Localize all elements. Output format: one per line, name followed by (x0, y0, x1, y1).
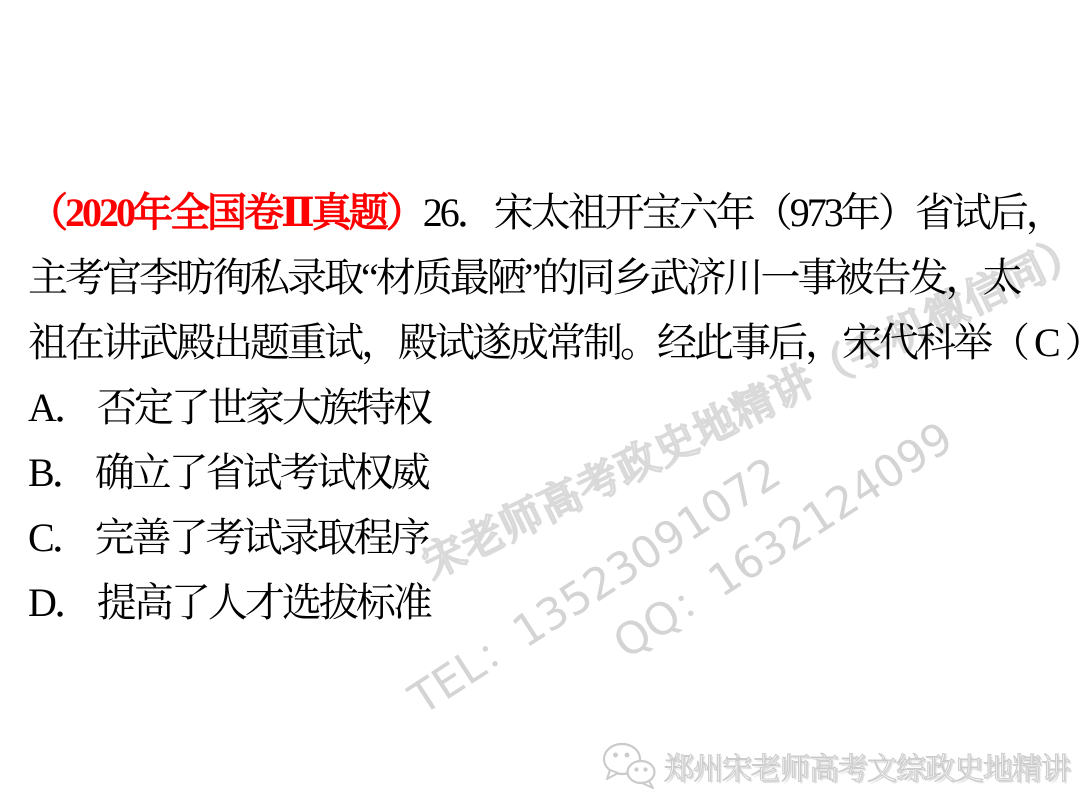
option-a-text: 否定了世家大族特权 (97, 385, 430, 430)
wechat-icon (600, 739, 658, 793)
option-d-text: 提高了人才选拔标准 (97, 580, 430, 625)
footer-channel-name: 郑州宋老师高考文综政史地精讲 (664, 744, 1070, 788)
option-b-text: 确立了省试考试权威 (95, 450, 428, 495)
question-stem-line-2: 主考官李昉徇私录取“材质最陋”的同乡武济川一事被告发，太 (28, 245, 1073, 310)
exam-question-slide: 宋老师高考政史地精讲（手机微信同） TEL：13523091072 QQ：163… (0, 0, 1080, 810)
question-block: （2020年全国卷Ⅱ真题）26．宋太祖开宝六年（973年）省试后， 主考官李昉徇… (28, 180, 1073, 635)
question-source-tag: （2020年全国卷Ⅱ真题） (28, 190, 423, 235)
option-b: B．确立了省试考试权威 (28, 440, 1073, 505)
question-stem-line-3: 祖在讲武殿出题重试，殿试遂成常制。经此事后，宋代科举（ C ） (28, 310, 1073, 375)
option-b-label: B． (28, 450, 89, 495)
footer: 郑州宋老师高考文综政史地精讲 (600, 736, 1070, 796)
option-a-label: A． (28, 385, 91, 430)
option-a: A．否定了世家大族特权 (28, 375, 1073, 440)
option-c-label: C． (28, 515, 89, 560)
option-c-text: 完善了考试录取程序 (95, 515, 428, 560)
option-d-label: D． (28, 580, 91, 625)
option-d: D．提高了人才选拔标准 (28, 570, 1073, 635)
question-stem-line-1: （2020年全国卷Ⅱ真题）26．宋太祖开宝六年（973年）省试后， (28, 180, 1073, 245)
option-c: C．完善了考试录取程序 (28, 505, 1073, 570)
question-stem-line-1-text: 26．宋太祖开宝六年（973年）省试后， (423, 190, 1063, 235)
